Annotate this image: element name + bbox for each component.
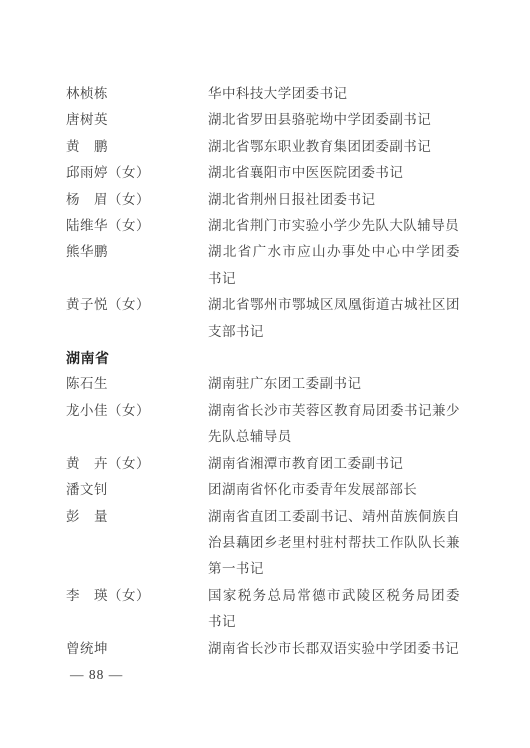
entry-name: 彭 量: [66, 504, 208, 530]
description-line: 书记: [208, 266, 460, 292]
entry-name: 黄子悦（女）: [66, 292, 208, 318]
entry-description: 湖南驻广东团工委副书记: [208, 371, 460, 397]
description-line: 先队总辅导员: [208, 424, 460, 450]
roster-entry-row: 林桢栋华中科技大学团委书记: [66, 81, 462, 107]
description-line: 治县藕团乡老里村驻村帮扶工作队队长兼: [208, 530, 460, 556]
entry-description: 团湖南省怀化市委青年发展部部长: [208, 477, 460, 503]
description-line: 第一书记: [208, 556, 460, 582]
description-line: 湖北省鄂州市鄂城区凤凰街道古城社区团: [208, 292, 460, 318]
entry-name: 黄 鹏: [66, 134, 208, 160]
entry-name: 龙小佳（女）: [66, 398, 208, 424]
entry-description: 湖北省襄阳市中医医院团委书记: [208, 160, 460, 186]
roster-entry-row: 邱雨婷（女）湖北省襄阳市中医医院团委书记: [66, 160, 462, 186]
entry-description: 湖南省长沙市芙蓉区教育局团委书记兼少先队总辅导员: [208, 398, 460, 451]
entry-name: 林桢栋: [66, 81, 208, 107]
roster-entry-row: 唐树英湖北省罗田县骆驼坳中学团委副书记: [66, 107, 462, 133]
section-header: 湖南省: [66, 345, 462, 371]
description-line: 湖北省罗田县骆驼坳中学团委副书记: [208, 107, 460, 133]
entry-name: 杨 眉（女）: [66, 187, 208, 213]
entry-description: 湖南省湘潭市教育团工委副书记: [208, 451, 460, 477]
entry-description: 国家税务总局常德市武陵区税务局团委书记: [208, 583, 460, 636]
roster-entry-row: 潘文钊团湖南省怀化市委青年发展部部长: [66, 477, 462, 503]
description-line: 湖北省荆州日报社团委书记: [208, 187, 460, 213]
entry-name: 熊华鹏: [66, 239, 208, 265]
entry-name: 黄 卉（女）: [66, 451, 208, 477]
description-line: 团湖南省怀化市委青年发展部部长: [208, 477, 460, 503]
entry-description: 湖南省直团工委副书记、靖州苗族侗族自治县藕团乡老里村驻村帮扶工作队队长兼第一书记: [208, 504, 460, 583]
roster-entry-row: 熊华鹏湖北省广水市应山办事处中心中学团委书记: [66, 239, 462, 292]
roster-entry-row: 龙小佳（女）湖南省长沙市芙蓉区教育局团委书记兼少先队总辅导员: [66, 398, 462, 451]
document-page: 林桢栋华中科技大学团委书记唐树英湖北省罗田县骆驼坳中学团委副书记黄 鹏湖北省鄂东…: [0, 0, 530, 748]
entry-description: 湖南省长沙市长郡双语实验中学团委书记: [208, 636, 460, 662]
description-line: 湖北省襄阳市中医医院团委书记: [208, 160, 460, 186]
roster-entry-row: 陈石生湖南驻广东团工委副书记: [66, 371, 462, 397]
entry-name: 邱雨婷（女）: [66, 160, 208, 186]
entry-description: 湖北省鄂东职业教育集团团委副书记: [208, 134, 460, 160]
description-line: 湖北省广水市应山办事处中心中学团委: [208, 239, 460, 265]
description-line: 湖北省鄂东职业教育集团团委副书记: [208, 134, 460, 160]
entry-description: 湖北省荆州日报社团委书记: [208, 187, 460, 213]
entry-name: 唐树英: [66, 107, 208, 133]
description-line: 支部书记: [208, 319, 460, 345]
description-line: 湖北省荆门市实验小学少先队大队辅导员: [208, 213, 460, 239]
roster-list: 林桢栋华中科技大学团委书记唐树英湖北省罗田县骆驼坳中学团委副书记黄 鹏湖北省鄂东…: [66, 81, 462, 662]
entry-name: 曾统坤: [66, 636, 208, 662]
roster-entry-row: 黄 卉（女）湖南省湘潭市教育团工委副书记: [66, 451, 462, 477]
description-line: 湖南省长沙市长郡双语实验中学团委书记: [208, 636, 460, 662]
description-line: 湖南省直团工委副书记、靖州苗族侗族自: [208, 504, 460, 530]
entry-description: 湖北省广水市应山办事处中心中学团委书记: [208, 239, 460, 292]
description-line: 书记: [208, 609, 460, 635]
roster-section: 湖南省陈石生湖南驻广东团工委副书记龙小佳（女）湖南省长沙市芙蓉区教育局团委书记兼…: [66, 345, 462, 662]
entry-description: 湖北省罗田县骆驼坳中学团委副书记: [208, 107, 460, 133]
roster-entry-row: 黄子悦（女）湖北省鄂州市鄂城区凤凰街道古城社区团支部书记: [66, 292, 462, 345]
entry-description: 湖北省荆门市实验小学少先队大队辅导员: [208, 213, 460, 239]
description-line: 华中科技大学团委书记: [208, 81, 460, 107]
roster-section: 林桢栋华中科技大学团委书记唐树英湖北省罗田县骆驼坳中学团委副书记黄 鹏湖北省鄂东…: [66, 81, 462, 345]
roster-entry-row: 黄 鹏湖北省鄂东职业教育集团团委副书记: [66, 134, 462, 160]
description-line: 湖南驻广东团工委副书记: [208, 371, 460, 397]
entry-description: 华中科技大学团委书记: [208, 81, 460, 107]
roster-entry-row: 杨 眉（女）湖北省荆州日报社团委书记: [66, 187, 462, 213]
roster-entry-row: 曾统坤湖南省长沙市长郡双语实验中学团委书记: [66, 636, 462, 662]
description-line: 湖南省湘潭市教育团工委副书记: [208, 451, 460, 477]
entry-name: 潘文钊: [66, 477, 208, 503]
roster-entry-row: 陆维华（女）湖北省荆门市实验小学少先队大队辅导员: [66, 213, 462, 239]
description-line: 国家税务总局常德市武陵区税务局团委: [208, 583, 460, 609]
entry-name: 陈石生: [66, 371, 208, 397]
entry-description: 湖北省鄂州市鄂城区凤凰街道古城社区团支部书记: [208, 292, 460, 345]
entry-name: 陆维华（女）: [66, 213, 208, 239]
page-number: — 88 —: [70, 662, 462, 688]
entry-name: 李 瑛（女）: [66, 583, 208, 609]
description-line: 湖南省长沙市芙蓉区教育局团委书记兼少: [208, 398, 460, 424]
roster-entry-row: 彭 量湖南省直团工委副书记、靖州苗族侗族自治县藕团乡老里村驻村帮扶工作队队长兼第…: [66, 504, 462, 583]
roster-entry-row: 李 瑛（女）国家税务总局常德市武陵区税务局团委书记: [66, 583, 462, 636]
